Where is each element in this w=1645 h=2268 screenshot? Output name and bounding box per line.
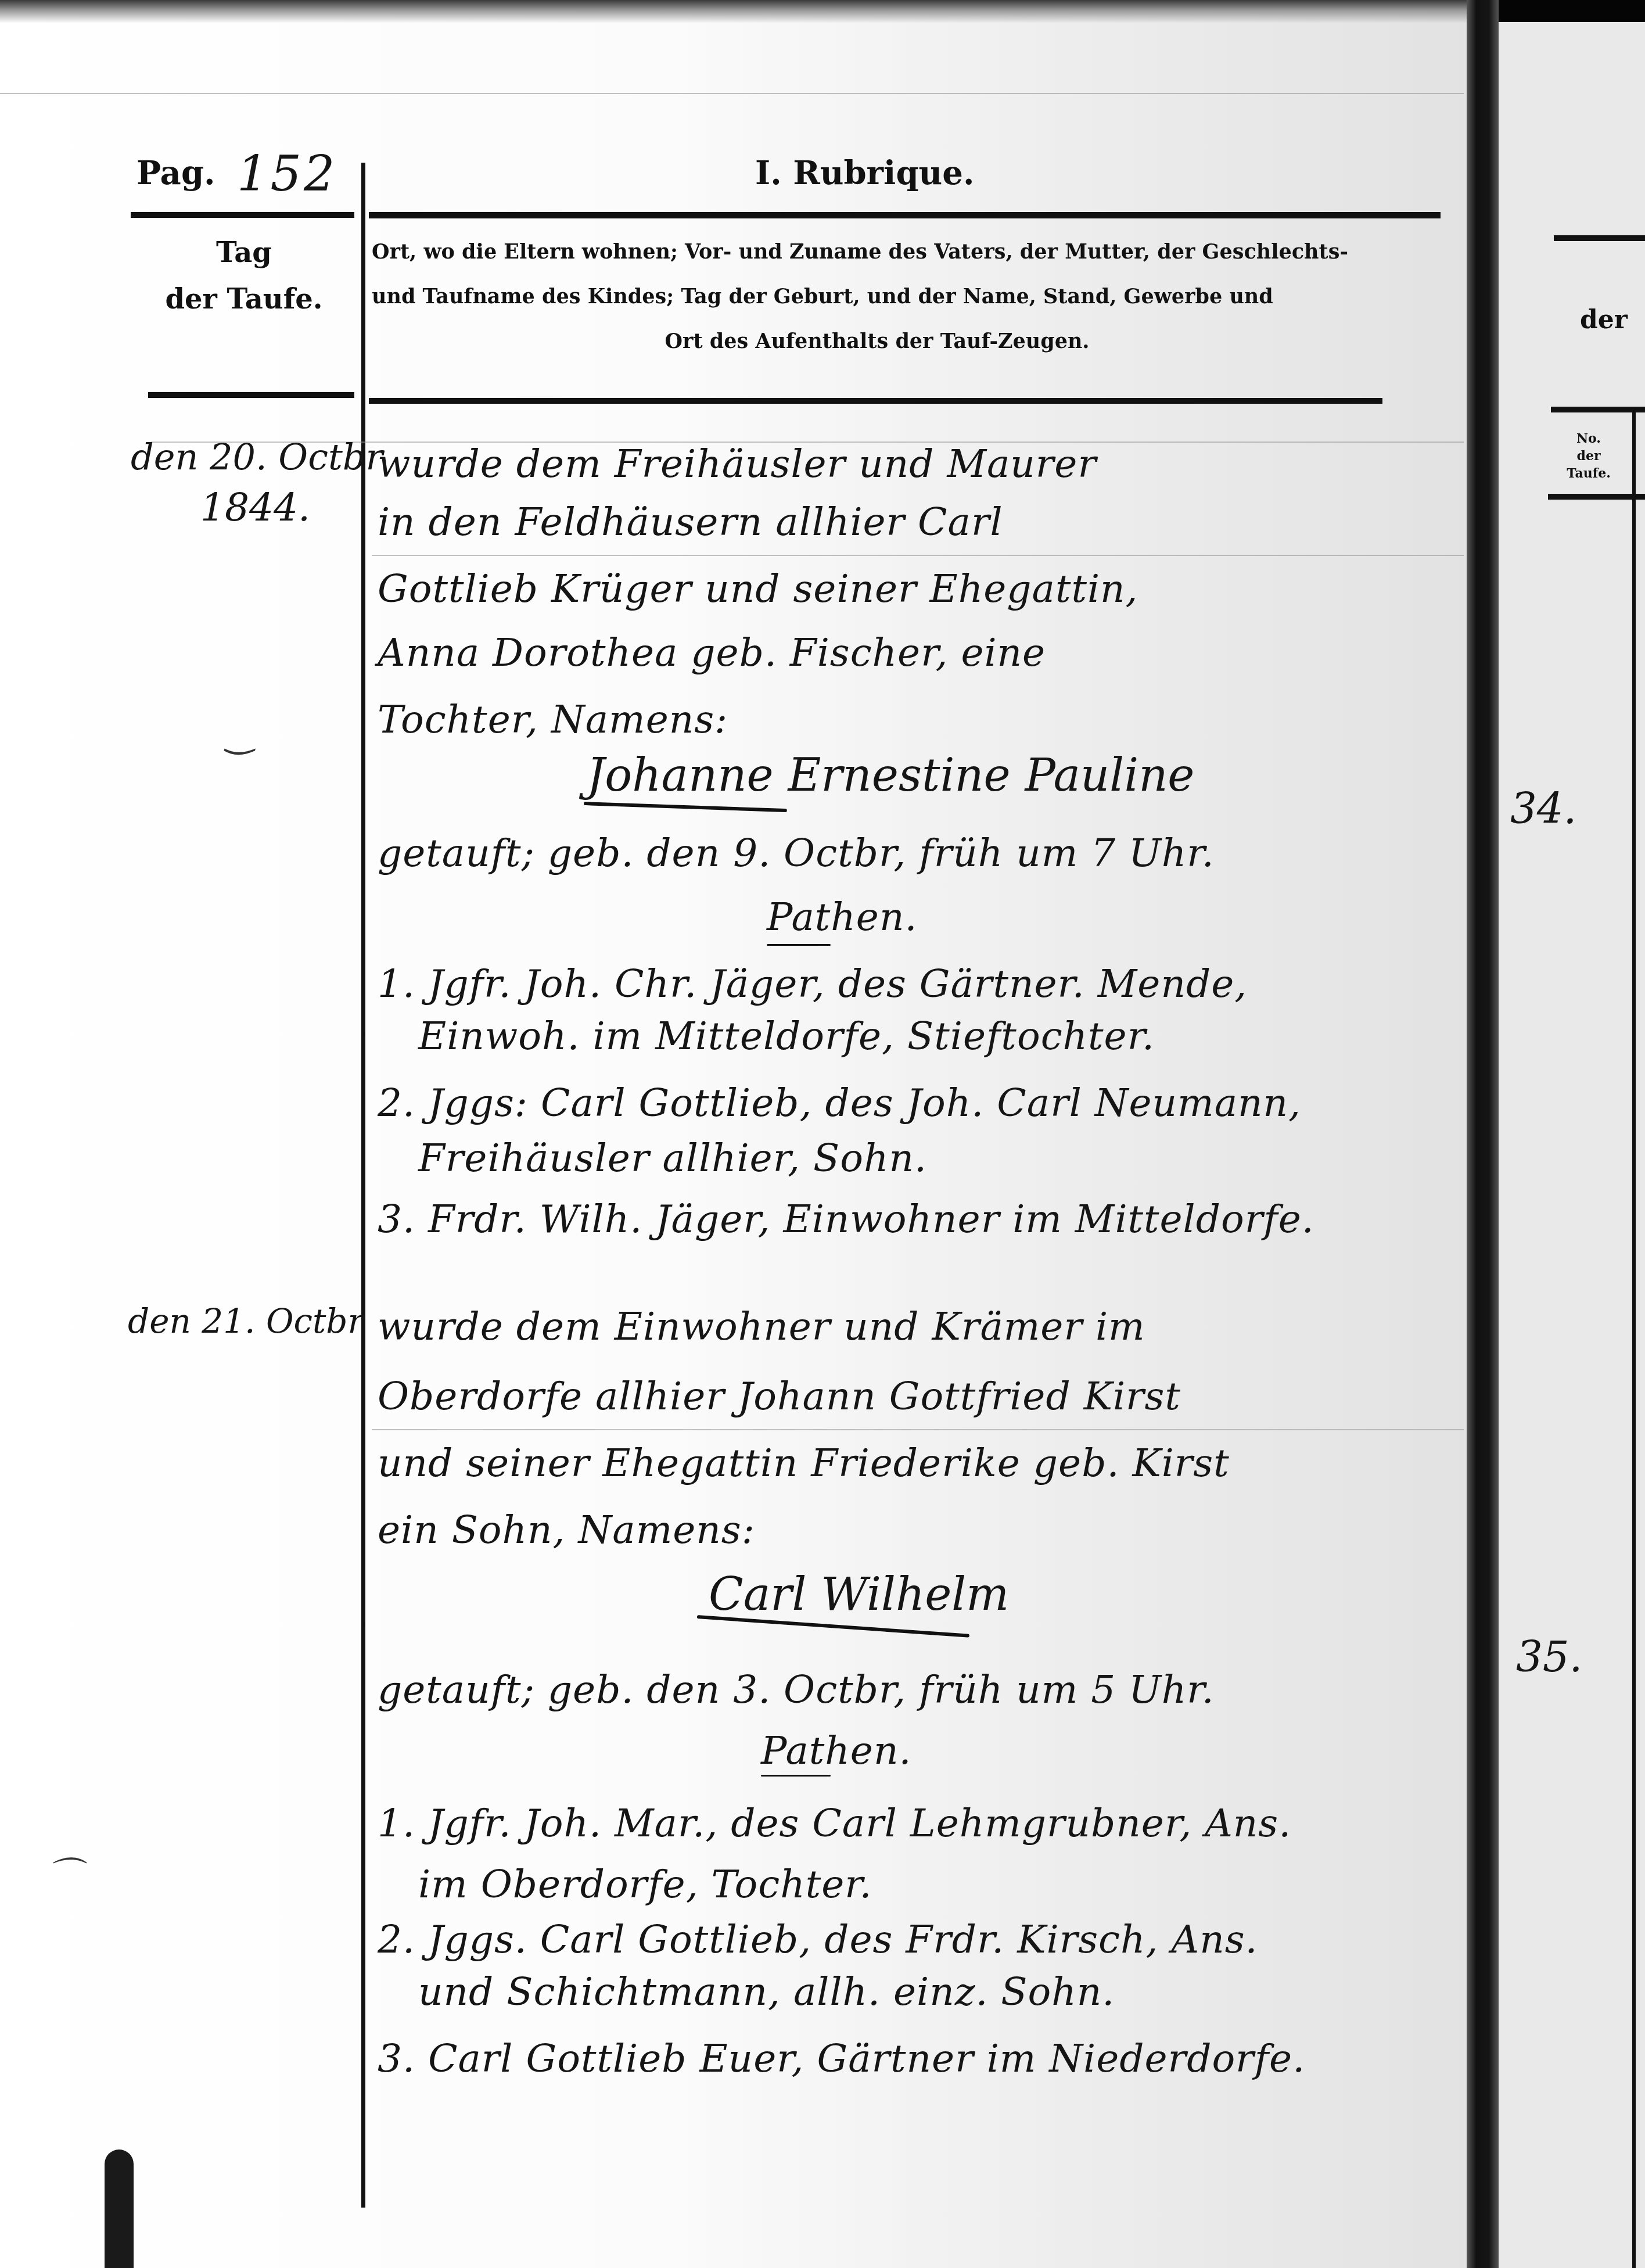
facing-rule-mid: [1551, 407, 1645, 412]
sponsor-line: 2. Jggs: Carl Gottlieb, des Joh. Carl Ne…: [378, 1081, 1301, 1125]
sponsor-line: Freihäusler allhier, Sohn.: [418, 1136, 927, 1180]
entry-text-line: und seiner Ehegattin Friederike geb. Kir…: [378, 1441, 1230, 1485]
header-bottom-rule-main: [369, 398, 1382, 404]
column-header-line: der Taufe.: [142, 276, 346, 322]
facing-header-line: Taufe.: [1557, 465, 1621, 482]
child-name: Carl Wilhelm: [709, 1569, 1009, 1621]
sponsor-line: 2. Jggs. Carl Gottlieb, des Frdr. Kirsch…: [378, 1917, 1258, 1962]
facing-header-word: der: [1580, 305, 1628, 335]
sponsor-line: 1. Jgfr. Joh. Chr. Jäger, des Gärtner. M…: [378, 961, 1247, 1006]
facing-header-line: der: [1557, 447, 1621, 465]
facing-column-divider: [1632, 412, 1636, 2268]
page-number: 152: [237, 145, 337, 202]
book-binding-gutter: [1467, 0, 1499, 2268]
scan-top-shadow: [0, 0, 1645, 23]
entry-text-line: ein Sohn, Namens:: [378, 1508, 755, 1552]
margin-mark: ⌒: [46, 1847, 81, 1897]
entry-text-line: Anna Dorothea geb. Fischer, eine: [378, 630, 1046, 675]
sponsors-label-underline: [761, 1775, 831, 1777]
sponsor-line: 3. Frdr. Wilh. Jäger, Einwohner im Mitte…: [378, 1197, 1314, 1241]
entry-number: 34.: [1510, 784, 1577, 833]
thumb-shadow: [105, 2149, 134, 2268]
entry-number: 35.: [1516, 1632, 1583, 1681]
entry-text-line: wurde dem Freihäusler und Maurer: [378, 442, 1097, 486]
facing-header-line: No.: [1557, 430, 1621, 447]
ruled-line: [0, 93, 1464, 94]
sponsor-line: Einwoh. im Mitteldorfe, Stieftochter.: [418, 1014, 1155, 1058]
birth-line: getauft; geb. den 9. Octbr, früh um 7 Uh…: [378, 831, 1215, 875]
entry-text-line: Tochter, Namens:: [378, 697, 728, 742]
margin-mark: ‿: [227, 715, 254, 755]
entry-text-line: in den Feldhäusern allhier Carl: [378, 500, 1003, 544]
entry-date: den 20. Octbr: [131, 436, 383, 478]
facing-page-top-edge: [1499, 0, 1645, 22]
entry-year: 1844.: [200, 485, 310, 530]
sponsors-label-underline: [767, 944, 831, 946]
facing-rule-top: [1554, 235, 1645, 241]
column-header-line: Ort, wo die Eltern wohnen; Vor- und Zuna…: [372, 229, 1382, 274]
header-rule-main: [369, 212, 1441, 218]
child-name: Johanne Ernestine Pauline: [587, 749, 1195, 802]
column-header-line: Ort des Aufenthalts der Tauf-Zeugen.: [372, 319, 1382, 364]
column-header-line: Tag: [142, 229, 346, 276]
sponsor-line: 1. Jgfr. Joh. Mar., des Carl Lehmgrubner…: [378, 1801, 1291, 1846]
column-header-line: und Taufname des Kindes; Tag der Geburt,…: [372, 274, 1382, 319]
section-title: I. Rubrique.: [755, 154, 974, 192]
facing-column-header: No. der Taufe.: [1557, 430, 1621, 482]
column-header-details: Ort, wo die Eltern wohnen; Vor- und Zuna…: [372, 229, 1382, 364]
header-bottom-rule-left: [148, 392, 354, 398]
facing-page: [1499, 0, 1645, 2268]
header-rule-left: [131, 212, 354, 218]
ruled-line: [372, 555, 1464, 556]
sponsors-label: Pathen.: [761, 1728, 911, 1773]
ruled-line: [372, 1429, 1464, 1430]
page-label: Pag.: [137, 154, 215, 192]
entry-text-line: Oberdorfe allhier Johann Gottfried Kirst: [378, 1374, 1181, 1419]
birth-line: getauft; geb. den 3. Octbr, früh um 5 Uh…: [378, 1667, 1215, 1712]
facing-rule-bottom: [1548, 494, 1645, 500]
sponsor-line: und Schichtmann, allh. einz. Sohn.: [418, 1969, 1115, 2014]
sponsors-label: Pathen.: [767, 895, 917, 939]
entry-text-line: wurde dem Einwohner und Krämer im: [378, 1304, 1145, 1349]
sponsor-line: 3. Carl Gottlieb Euer, Gärtner im Nieder…: [378, 2036, 1305, 2081]
entry-text-line: Gottlieb Krüger und seiner Ehegattin,: [378, 566, 1138, 611]
entry-date: den 21. Octbr: [128, 1301, 364, 1341]
column-header-baptism-date: Tag der Taufe.: [142, 229, 346, 322]
sponsor-line: im Oberdorfe, Tochter.: [418, 1862, 872, 1907]
